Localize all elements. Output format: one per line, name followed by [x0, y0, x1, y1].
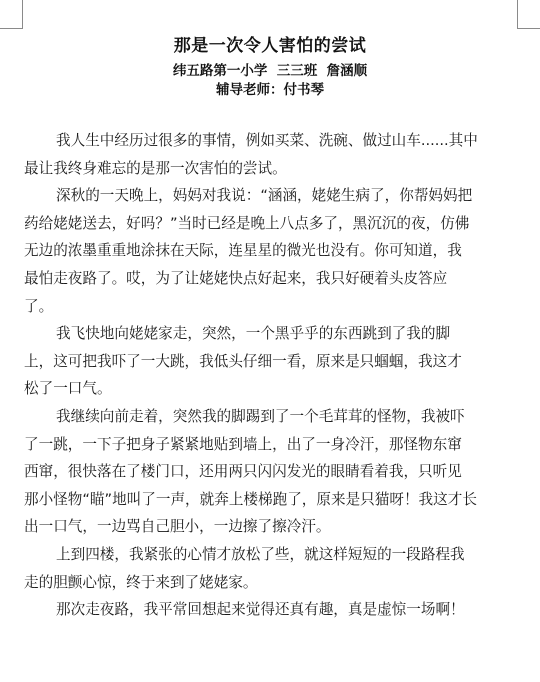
text-line: 药给姥姥送去，好吗？”当时已经是晚上八点多了，黑沉沉的夜，仿佛 — [24, 210, 518, 238]
document-header: 那是一次令人害怕的尝试 纬五路第一小学 三三班 詹涵顺 辅导老师：付书琴 — [0, 34, 540, 100]
advisor-line: 辅导老师：付书琴 — [0, 81, 540, 100]
text-line: 西窜，很快落在了楼门口，还用两只闪闪发光的眼睛看着我，只听见 — [24, 458, 518, 486]
text-line: 了一跳，一下子把身子紧紧地贴到墙上，出了一身冷汗，那怪物东窜 — [24, 431, 518, 459]
paragraph-6: 那次走夜路，我平常回想起来觉得还真有趣，真是虚惊一场啊！ — [24, 596, 518, 624]
author-line: 纬五路第一小学 三三班 詹涵顺 — [0, 62, 540, 81]
author-text: 纬五路第一小学 三三班 詹涵顺 — [173, 63, 367, 79]
text-line: 我飞快地向姥姥家走，突然，一个黑乎乎的东西跳到了我的脚 — [24, 320, 518, 348]
text-line: 了。 — [24, 293, 518, 321]
text-line: 深秋的一天晚上，妈妈对我说：“涵涵，姥姥生病了，你帮妈妈把 — [24, 182, 518, 210]
text-line: 那次走夜路，我平常回想起来觉得还真有趣，真是虚惊一场啊！ — [24, 596, 518, 624]
text-line: 出一口气，一边骂自己胆小，一边擦了擦冷汗。 — [24, 513, 518, 541]
paragraph-2: 深秋的一天晚上，妈妈对我说：“涵涵，姥姥生病了，你帮妈妈把 药给姥姥送去，好吗？… — [24, 182, 518, 320]
text-line: 上到四楼，我紧张的心情才放松了些，就这样短短的一段路程我 — [24, 541, 518, 569]
text-line: 无边的浓墨重重地涂抹在天际，连星星的微光也没有。你可知道，我 — [24, 237, 518, 265]
document-title: 那是一次令人害怕的尝试 — [0, 34, 540, 58]
advisor-text: 辅导老师：付书琴 — [216, 82, 324, 98]
crop-mark-top-right — [517, 0, 540, 29]
text-line: 那小怪物“瞄”地叫了一声，就奔上楼梯跑了，原来是只猫呀！我这才长 — [24, 486, 518, 514]
crop-mark-top-left — [0, 0, 23, 29]
document-body: 我人生中经历过很多的事情，例如买菜、洗碗、做过山车......其中 最让我终身难… — [24, 127, 518, 624]
paragraph-1: 我人生中经历过很多的事情，例如买菜、洗碗、做过山车......其中 最让我终身难… — [24, 127, 518, 182]
paragraph-4: 我继续向前走着，突然我的脚踢到了一个毛茸茸的怪物，我被吓 了一跳，一下子把身子紧… — [24, 403, 518, 541]
text-line: 我继续向前走着，突然我的脚踢到了一个毛茸茸的怪物，我被吓 — [24, 403, 518, 431]
paragraph-3: 我飞快地向姥姥家走，突然，一个黑乎乎的东西跳到了我的脚 上，这可把我吓了一大跳，… — [24, 320, 518, 403]
text-line: 我人生中经历过很多的事情，例如买菜、洗碗、做过山车......其中 — [24, 127, 518, 155]
text-line: 走的胆颤心惊，终于来到了姥姥家。 — [24, 569, 518, 597]
text-line: 上，这可把我吓了一大跳，我低头仔细一看，原来是只蝈蝈，我这才 — [24, 348, 518, 376]
paragraph-5: 上到四楼，我紧张的心情才放松了些，就这样短短的一段路程我 走的胆颤心惊，终于来到… — [24, 541, 518, 596]
text-line: 松了一口气。 — [24, 375, 518, 403]
text-line: 最让我终身难忘的是那一次害怕的尝试。 — [24, 155, 518, 183]
text-line: 最怕走夜路了。哎，为了让姥姥快点好起来，我只好硬着头皮答应 — [24, 265, 518, 293]
